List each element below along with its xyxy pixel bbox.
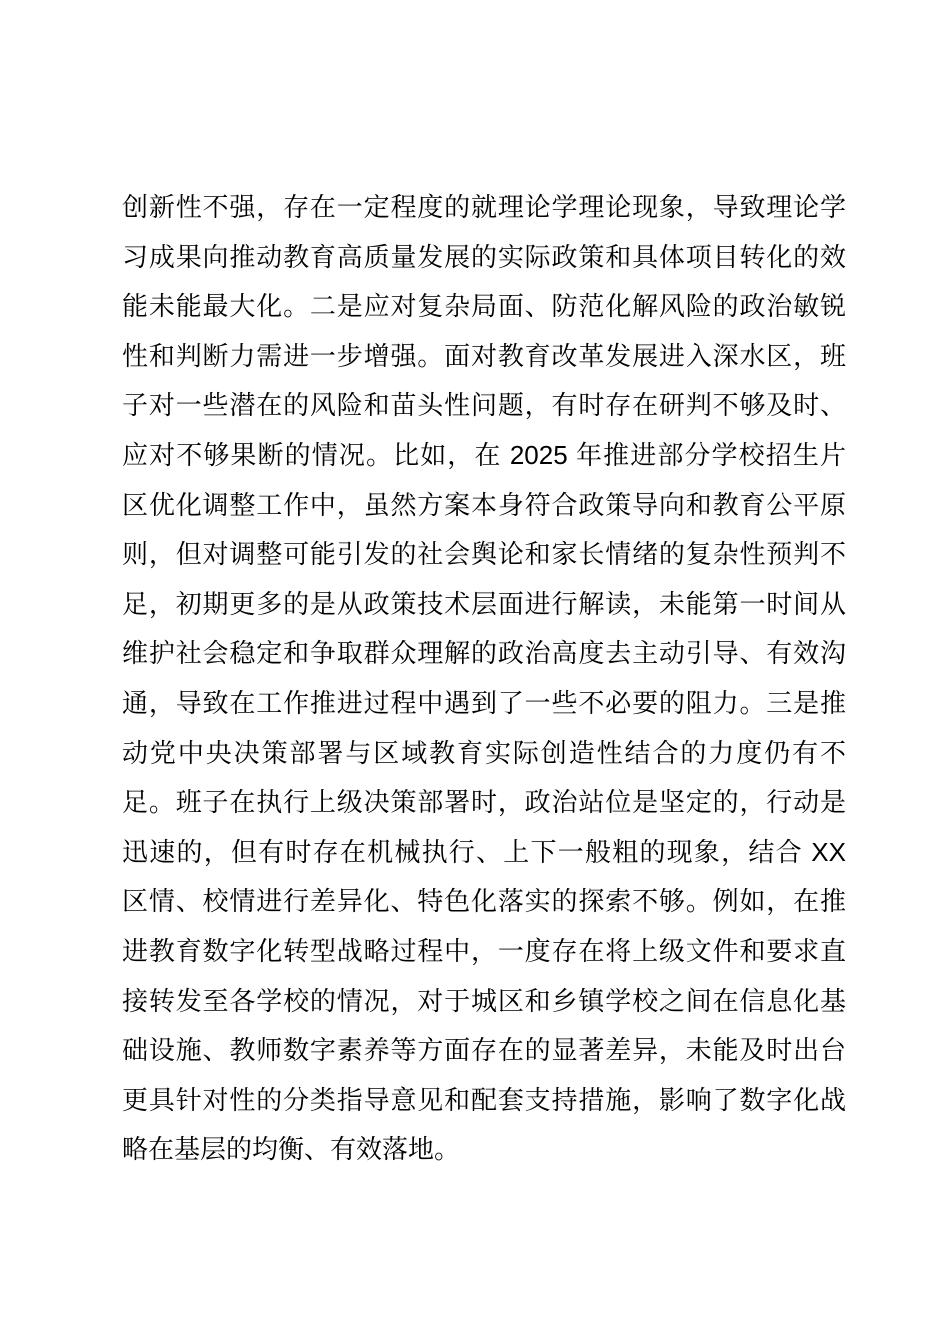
- text-line: 创新性不强，存在一定程度的就理论学理论现象，导致理论学: [122, 183, 846, 233]
- text-line: 更具针对性的分类指导意见和配套支持措施，影响了数字化战: [122, 1076, 846, 1126]
- text-line: 动党中央决策部署与区域教育实际创造性结合的力度仍有不: [122, 729, 846, 779]
- text-line: 础设施、教师数字素养等方面存在的显著差异，未能及时出台: [122, 1026, 846, 1076]
- paragraph-block: 创新性不强，存在一定程度的就理论学理论现象，导致理论学 习成果向推动教育高质量发…: [122, 183, 846, 1175]
- text-line: 略在基层的均衡、有效落地。: [122, 1125, 846, 1175]
- text-line: 区情、校情进行差异化、特色化落实的探索不够。例如，在推: [122, 877, 846, 927]
- text-line: 接转发至各学校的情况，对于城区和乡镇学校之间在信息化基: [122, 977, 846, 1027]
- text-line: 应对不够果断的情况。比如，在 2025 年推进部分学校招生片: [122, 431, 846, 481]
- text-line: 性和判断力需进一步增强。面对教育改革发展进入深水区，班: [122, 332, 846, 382]
- text-line: 维护社会稳定和争取群众理解的政治高度去主动引导、有效沟: [122, 629, 846, 679]
- document-page: 创新性不强，存在一定程度的就理论学理论现象，导致理论学 习成果向推动教育高质量发…: [0, 0, 950, 1344]
- text-line: 迅速的，但有时存在机械执行、上下一般粗的现象，结合 XX: [122, 828, 846, 878]
- text-line: 通，导致在工作推进过程中遇到了一些不必要的阻力。三是推: [122, 679, 846, 729]
- text-line: 区优化调整工作中，虽然方案本身符合政策导向和教育公平原: [122, 481, 846, 531]
- text-line: 足，初期更多的是从政策技术层面进行解读，未能第一时间从: [122, 580, 846, 630]
- text-line: 能未能最大化。二是应对复杂局面、防范化解风险的政治敏锐: [122, 282, 846, 332]
- text-line: 进教育数字化转型战略过程中，一度存在将上级文件和要求直: [122, 927, 846, 977]
- text-line: 足。班子在执行上级决策部署时，政治站位是坚定的，行动是: [122, 778, 846, 828]
- text-line: 则，但对调整可能引发的社会舆论和家长情绪的复杂性预判不: [122, 530, 846, 580]
- text-line: 子对一些潜在的风险和苗头性问题，有时存在研判不够及时、: [122, 381, 846, 431]
- text-line: 习成果向推动教育高质量发展的实际政策和具体项目转化的效: [122, 233, 846, 283]
